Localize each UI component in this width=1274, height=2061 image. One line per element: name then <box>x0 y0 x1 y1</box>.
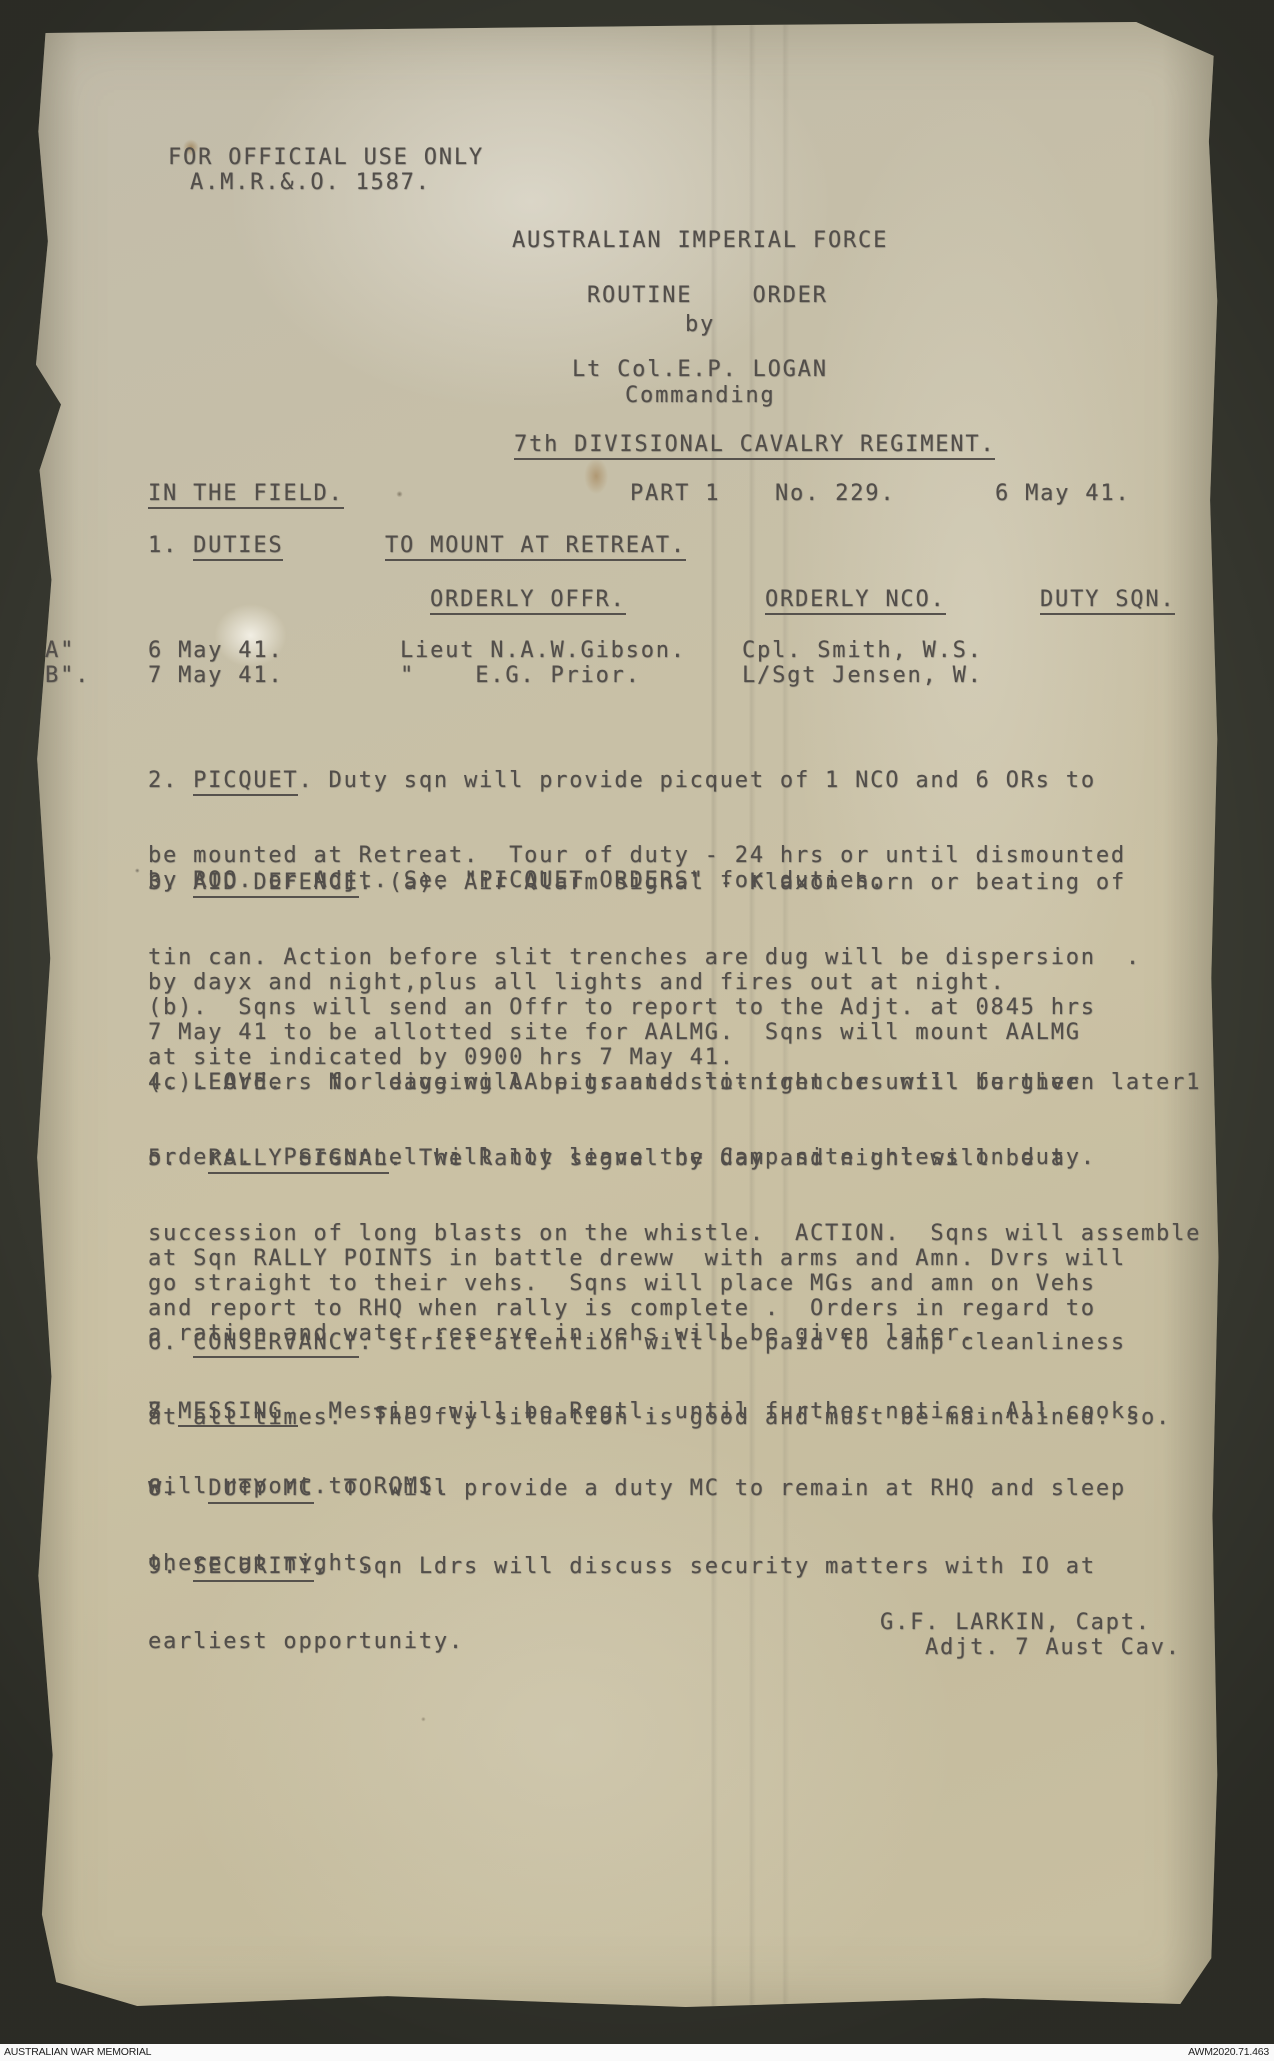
section-number: 2. <box>148 768 193 793</box>
section-number-overstruck: 8. 6 <box>148 1476 208 1501</box>
regulation-reference: A.M.R.&.O. 1587. <box>190 170 431 195</box>
text-line: at Sqn RALLY POINTS in battle dreww with… <box>148 1246 1201 1271</box>
section-number: 5. <box>148 1146 208 1171</box>
location-text: IN THE FIELD. <box>148 481 344 509</box>
section-first-line: 5. RALLY SIGNAL. The Rally signal by day… <box>148 1146 1201 1171</box>
duties-subheading-text: TO MOUNT AT RETREAT. <box>385 533 686 561</box>
section-text: No leave will be granted to-night or unt… <box>283 1070 1080 1095</box>
section-heading: DUTY MC <box>208 1476 313 1504</box>
commander-role: Commanding <box>625 383 775 408</box>
section-text: TO will provide a duty MC to remain at R… <box>314 1476 1126 1501</box>
section-first-line: 3. AID DEFENCE. (a). Air Alarm signal - … <box>148 870 1201 895</box>
scanned-document-page: { "page": { "classification_line1": "FOR… <box>0 0 1274 2061</box>
document-paper: FOR OFFICIAL USE ONLY A.M.R.&.O. 1587. A… <box>30 22 1222 2014</box>
duty-date: 6 May 41. <box>148 638 283 663</box>
section-heading: RALLY SIGNAL <box>208 1146 389 1174</box>
section-text: . Duty sqn will provide picquet of 1 NCO… <box>298 768 1095 793</box>
duty-squadron: "B". <box>30 663 90 688</box>
section-number-overstruck: 8 7 <box>148 1399 178 1424</box>
section-first-line: 8 7MESSING. Messing will be Regtl. until… <box>148 1399 1141 1424</box>
duties-section-heading: 1. DUTIES <box>148 533 283 558</box>
section-first-line: 9. SECURITY. Sqn Ldrs will discuss secur… <box>148 1554 1096 1579</box>
text-line: tin can. Action before slit trenches are… <box>148 945 1201 970</box>
force-title: AUSTRALIAN IMPERIAL FORCE <box>512 228 888 253</box>
section-first-line: 8. 6DUTY MC TO will provide a duty MC to… <box>148 1476 1126 1501</box>
duty-orderly-nco: L/Sgt Jensen, W. <box>742 663 983 688</box>
text-line: by dayx and night,plus all lights and fi… <box>148 970 1201 995</box>
archive-name: AUSTRALIAN WAR MEMORIAL <box>4 2046 151 2058</box>
duty-orderly-nco: Cpl. Smith, W.S. <box>742 638 983 663</box>
order-part: PART 1 <box>630 481 720 506</box>
column-header-orderly-offr: ORDERLY OFFR. <box>430 587 626 612</box>
column-header-text: ORDERLY NCO. <box>765 587 946 615</box>
section-number: 9. <box>148 1554 193 1579</box>
classification-line: FOR OFFICIAL USE ONLY <box>168 145 484 170</box>
regiment-title-text: 7th DIVISIONAL CAVALRY REGIMENT. <box>514 432 995 460</box>
duties-subheading: TO MOUNT AT RETREAT. <box>385 533 686 558</box>
duty-date: 7 May 41. <box>148 663 283 688</box>
duty-orderly-officer: Lieut N.A.W.Gibson. <box>400 638 686 663</box>
section-heading: MESSING. <box>178 1399 298 1427</box>
section-heading: LEAVE. <box>193 1070 283 1095</box>
section-heading: AID DEFENCE <box>193 870 359 898</box>
section-first-line: 4. LEAVE. No leave will be granted to-ni… <box>148 1070 1096 1095</box>
order-date: 6 May 41. <box>995 481 1130 506</box>
commander-name: Lt Col.E.P. LOGAN <box>572 357 828 382</box>
section-text: . Sqn Ldrs will discuss security matters… <box>314 1554 1096 1579</box>
column-header-duty-sqn: DUTY SQN. <box>1040 587 1175 612</box>
location-heading: IN THE FIELD. <box>148 481 344 506</box>
archive-item-id: AWM2020.71.463 <box>1188 2046 1269 2058</box>
text-line: succession of long blasts on the whistle… <box>148 1221 1201 1246</box>
column-header-orderly-nco: ORDERLY NCO. <box>765 587 946 612</box>
signature-role: Adjt. 7 Aust Cav. <box>925 1635 1181 1660</box>
section-heading: SECURITY <box>193 1554 313 1582</box>
duties-heading-text: DUTIES <box>193 533 283 561</box>
section-number: 4. <box>148 1070 193 1095</box>
text-line: (b). Sqns will send an Offr to report to… <box>148 995 1201 1020</box>
section-heading: PICQUET <box>193 768 298 796</box>
section-text: Messing will be Regtl. until further not… <box>298 1399 1141 1424</box>
section-security: 9. SECURITY. Sqn Ldrs will discuss secur… <box>148 1504 1096 1704</box>
order-number: No. 229. <box>775 481 895 506</box>
section-first-line: 2. PICQUET. Duty sqn will provide picque… <box>148 768 1126 793</box>
archive-footer-bar: AUSTRALIAN WAR MEMORIAL AWM2020.71.463 <box>0 2044 1274 2061</box>
signature-name: G.F. LARKIN, Capt. <box>880 1610 1151 1635</box>
section-text: . The Rally signal by day and night will… <box>389 1146 1066 1171</box>
section-number: 3. <box>148 870 193 895</box>
column-header-text: DUTY SQN. <box>1040 587 1175 615</box>
by-line: by <box>685 312 715 337</box>
column-header-text: ORDERLY OFFR. <box>430 587 626 615</box>
order-type-title: ROUTINE ORDER <box>587 283 828 308</box>
regiment-title: 7th DIVISIONAL CAVALRY REGIMENT. <box>514 432 995 457</box>
duty-squadron: "A" <box>30 638 75 663</box>
section-number: 1. <box>148 533 193 558</box>
duty-orderly-officer: " E.G. Prior. <box>400 663 641 688</box>
section-text: . (a). Air Alarm signal - Klaxon horn or… <box>359 870 1126 895</box>
